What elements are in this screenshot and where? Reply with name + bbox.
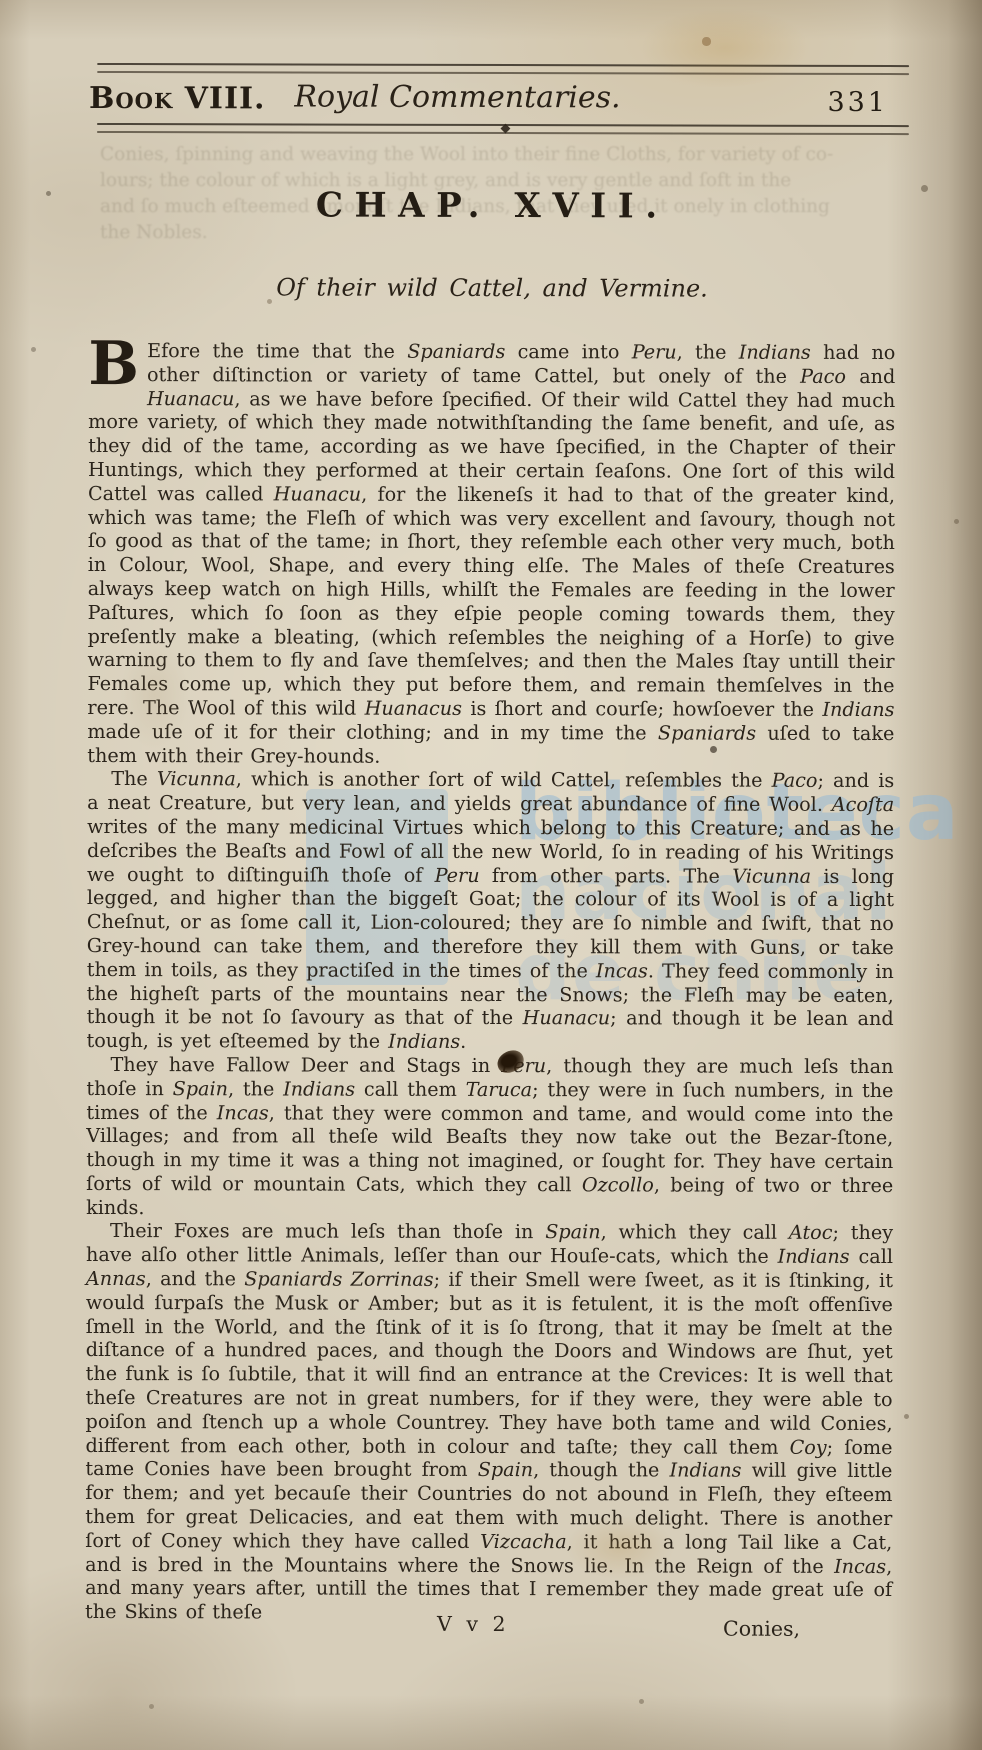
body-text: BEfore the time that the Spaniards came …: [85, 339, 895, 1626]
body-paragraph-4: Their Foxes are much leſs than thoſe in …: [85, 1219, 893, 1626]
page-number: 331: [827, 87, 888, 118]
direction-line: V v 2 Conies,: [85, 1611, 892, 1643]
book-page-scan: Conies, ſpinning and weaving the Wool in…: [0, 0, 982, 1750]
paper-stain: [120, 640, 190, 750]
body-paragraph-1: BEfore the time that the Spaniards came …: [87, 339, 895, 769]
body-paragraph-2: The Vicunna, which is another ſort of wi…: [87, 767, 895, 1055]
paper-stain: [640, 8, 810, 88]
body-paragraph-3: They have Fallow Deer and Stags in Peru,…: [86, 1053, 893, 1222]
signature-mark: V v 2: [437, 1612, 510, 1636]
paper-stain: [565, 1515, 675, 1580]
paper-specks: [0, 0, 3, 3]
chapter-subtitle: Of their wild Cattel, and Vermine.: [89, 273, 896, 303]
catchword: Conies,: [723, 1617, 800, 1641]
paragraph-text: Efore the time that the Spaniards came i…: [87, 339, 895, 767]
drop-cap: B: [88, 339, 147, 387]
chapter-heading: CHAP. XVII.: [89, 185, 896, 227]
